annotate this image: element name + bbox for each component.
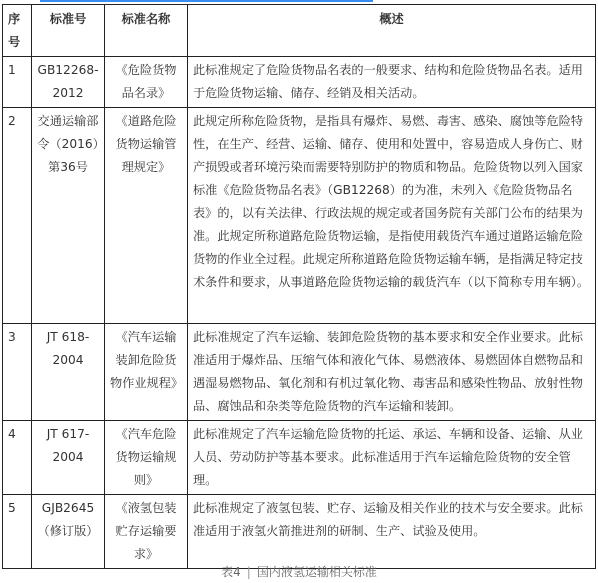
cell-name: 《液氢包装贮存运输要求》 — [105, 495, 188, 569]
cell-code: 交通运输部令（2016）第36号 — [32, 108, 105, 324]
header-name: 标准名称 — [105, 5, 188, 57]
cell-name: 《道路危险货物运输管理规定》 — [105, 108, 188, 324]
cell-name: 《危险货物品名录》 — [105, 57, 188, 108]
cell-summary: 此标准规定了汽车运输、装卸危险货物的基本要求和安全作业要求。此标准适用于爆炸品、… — [188, 324, 596, 421]
cell-summary: 此规定所称危险货物，是指具有爆炸、易燃、毒害、感染、腐蚀等危险特性，在生产、经营… — [188, 108, 596, 324]
cell-name: 《汽车危险货物运输规则》 — [105, 421, 188, 495]
cell-summary: 此标准规定了危险货物品名表的一般要求、结构和危险货物品名表。适用于危险货物运输、… — [188, 57, 596, 108]
table-caption: 表4|国内液氢运输相关标准 — [0, 563, 598, 580]
cell-code: JT 618-2004 — [32, 324, 105, 421]
standards-table: 序号 标准号 标准名称 概述 1 GB12268-2012 《危险货物品名录》 … — [2, 4, 596, 569]
table-header-row: 序号 标准号 标准名称 概述 — [3, 5, 596, 57]
cell-code: JT 617-2004 — [32, 421, 105, 495]
top-accent-bar — [40, 0, 373, 2]
table-row: 1 GB12268-2012 《危险货物品名录》 此标准规定了危险货物品名表的一… — [3, 57, 596, 108]
cell-summary: 此标准规定了液氢包装、贮存、运输及相关作业的技术与安全要求。此标准适用于液氢火箭… — [188, 495, 596, 569]
cell-summary: 此标准规定了汽车运输危险货物的托运、承运、车辆和设备、运输、从业人员、劳动防护等… — [188, 421, 596, 495]
caption-separator: | — [247, 565, 251, 579]
header-no: 序号 — [3, 5, 32, 57]
cell-code: GJB2645（修订版） — [32, 495, 105, 569]
table-row: 3 JT 618-2004 《汽车运输装卸危险货物作业规程》 此标准规定了汽车运… — [3, 324, 596, 421]
table-row: 2 交通运输部令（2016）第36号 《道路危险货物运输管理规定》 此规定所称危… — [3, 108, 596, 324]
header-code: 标准号 — [32, 5, 105, 57]
caption-label: 表4 — [221, 565, 241, 579]
cell-no: 4 — [3, 421, 32, 495]
table-row: 5 GJB2645（修订版） 《液氢包装贮存运输要求》 此标准规定了液氢包装、贮… — [3, 495, 596, 569]
caption-text: 国内液氢运输相关标准 — [257, 565, 377, 579]
cell-no: 3 — [3, 324, 32, 421]
cell-code: GB12268-2012 — [32, 57, 105, 108]
cell-no: 5 — [3, 495, 32, 569]
header-summary: 概述 — [188, 5, 596, 57]
cell-no: 1 — [3, 57, 32, 108]
table-row: 4 JT 617-2004 《汽车危险货物运输规则》 此标准规定了汽车运输危险货… — [3, 421, 596, 495]
cell-name: 《汽车运输装卸危险货物作业规程》 — [105, 324, 188, 421]
cell-no: 2 — [3, 108, 32, 324]
